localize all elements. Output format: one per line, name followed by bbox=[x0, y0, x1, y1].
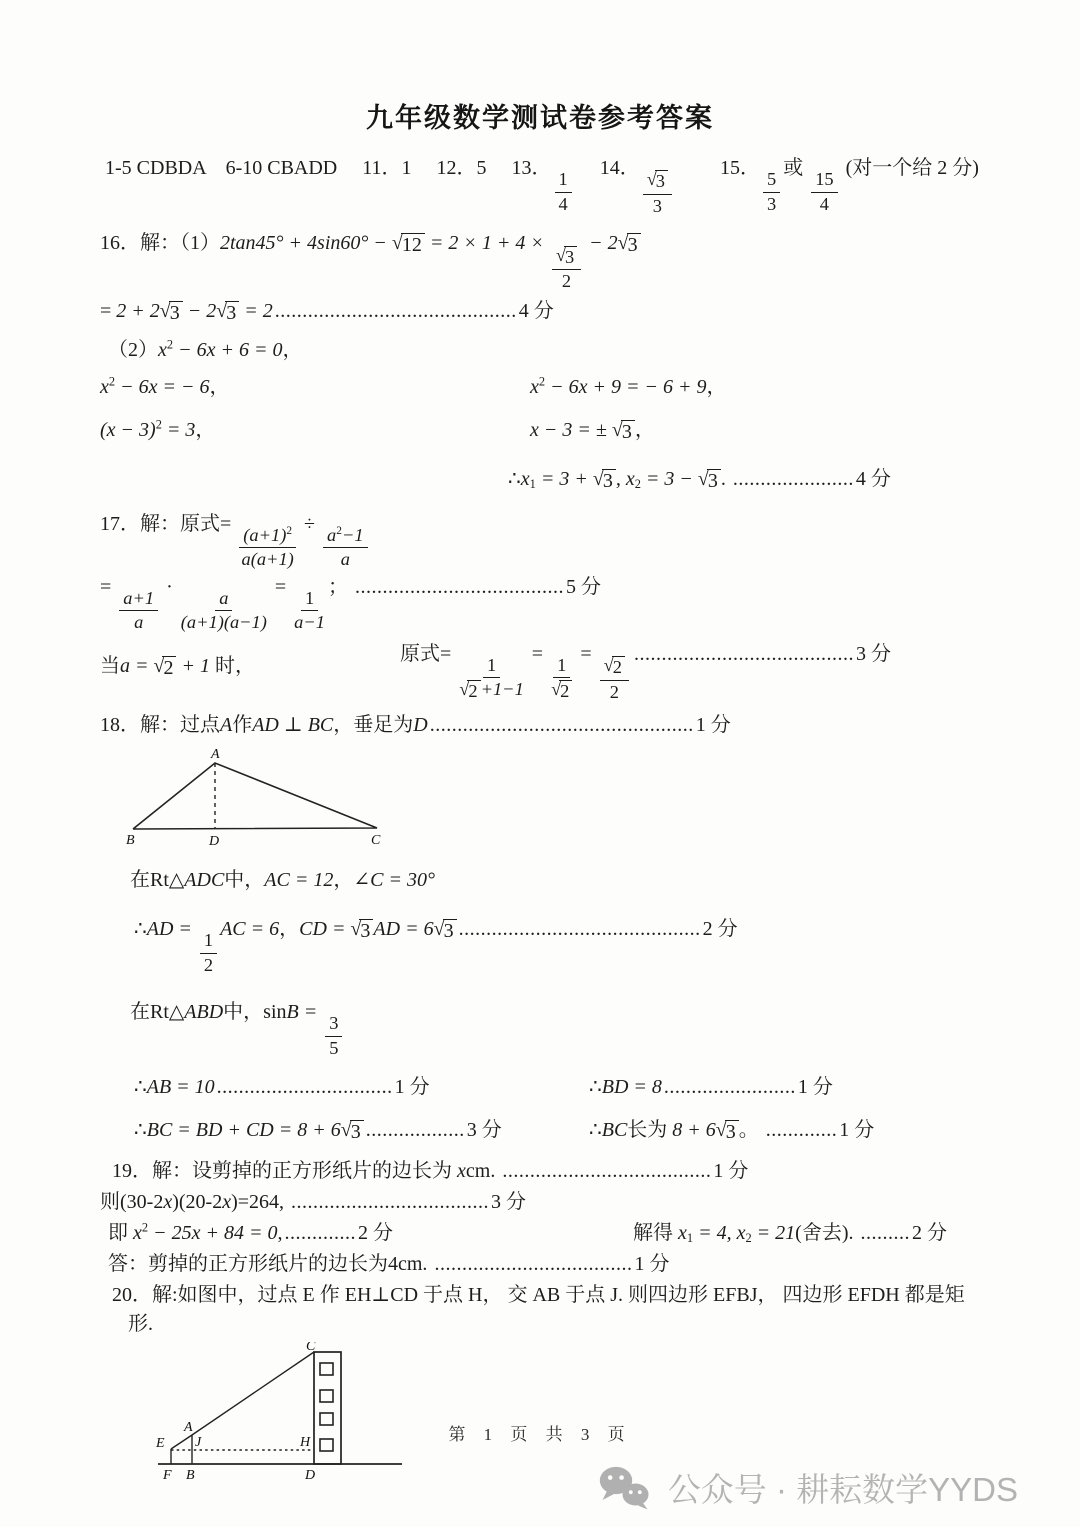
q20-step-1-wrap: 形. bbox=[128, 1311, 1010, 1338]
label-d: D bbox=[208, 834, 219, 847]
q16-step-4a: x2 − 6x = − 6， bbox=[100, 374, 530, 401]
label-c: C bbox=[306, 1342, 316, 1354]
q17-row-substitute: 当a = √2 + 1 时， 原式= 1√2+1−1 = 1√2 = √22..… bbox=[100, 641, 1010, 702]
choice-answers-row: 1-5 CDBDA 6-10 CBADD 11．1 12．5 13．14 14．… bbox=[105, 155, 1010, 216]
q17-step-1: 17．解：原式= (a+1)2a(a+1) ÷ a2−1a bbox=[100, 511, 1010, 570]
label-c: C bbox=[371, 833, 381, 847]
page-number: 第 1 页 共 3 页 bbox=[0, 1420, 1080, 1445]
q16-step-5b: x − 3 = ± √3， bbox=[530, 417, 655, 444]
q16-row-complete-square: x2 − 6x = − 6， x2 − 6x + 9 = − 6 + 9， bbox=[100, 374, 1010, 401]
q18-row-bc: ∴BC = BD + CD = 8 + 6√3.................… bbox=[134, 1117, 1010, 1144]
q19-answer: 答：剪掉的正方形纸片的边长为4cm. .....................… bbox=[108, 1251, 1010, 1278]
document-page: 九年级数学测试卷参考答案 1-5 CDBDA 6-10 CBADD 11．1 1… bbox=[0, 0, 1080, 1527]
q18-step-5a: ∴AB = 10................................… bbox=[134, 1074, 589, 1101]
q19-step-1: 19．解：设剪掉的正方形纸片的边长为 xcm. ................… bbox=[112, 1158, 1010, 1185]
q18-step-4: 在Rt△ABD中，sinB = 35 bbox=[130, 999, 1010, 1058]
watermark-label: 公众号 · 耕耘数学YYDS bbox=[668, 1464, 1018, 1511]
tower-window-2 bbox=[320, 1390, 333, 1402]
q16-step-3: （2）x2 − 6x + 6 = 0， bbox=[108, 337, 1010, 364]
q18-step-1: 18．解：过点A作AD ⊥ BC，垂足为D...................… bbox=[100, 712, 1010, 739]
answer-sheet-content: 1-5 CDBDA 6-10 CBADD 11．1 12．5 13．14 14．… bbox=[0, 155, 1080, 1487]
label-a: A bbox=[210, 747, 220, 762]
label-d: D bbox=[304, 1468, 315, 1483]
tower-window-1 bbox=[320, 1363, 333, 1375]
triangle-outline bbox=[133, 763, 377, 829]
q18-step-3: ∴AD = 12AC = 6，CD = √3AD = 6√3..........… bbox=[134, 916, 1010, 975]
q17-step-3b: 原式= 1√2+1−1 = 1√2 = √22.................… bbox=[400, 641, 891, 702]
q18-step-6a: ∴BC = BD + CD = 8 + 6√3.................… bbox=[134, 1117, 589, 1144]
q20-step-1: 20．解:如图中，过点 E 作 EH⊥CD 于点 H， 交 AB 于点 J. 则… bbox=[112, 1282, 1010, 1309]
q16-row-square-root: (x − 3)2 = 3， x − 3 = ± √3， bbox=[100, 417, 1010, 444]
q19-step-2: 则(30-2x)(20-2x)=264, ...................… bbox=[100, 1189, 1010, 1216]
q17-step-2: = a+1a · a(a+1)(a−1) = 1a−1； ...........… bbox=[100, 574, 1010, 633]
q17-step-3a: 当a = √2 + 1 时， bbox=[100, 641, 400, 680]
q19-row-solve: 即 x2 − 25x + 84 = 0,.............2 分 解得 … bbox=[108, 1220, 1010, 1247]
q16-step-4b: x2 − 6x + 9 = − 6 + 9， bbox=[530, 374, 726, 401]
triangle-figure-q18: A B D C bbox=[115, 747, 385, 847]
q18-row-ab-bd: ∴AB = 10................................… bbox=[134, 1074, 1010, 1101]
q18-step-5b: ∴BD = 8........................1 分 bbox=[589, 1074, 833, 1101]
tower-outline bbox=[314, 1352, 341, 1464]
q19-step-3b: 解得 x1 = 4, x2 = 21(舍去). .........2 分 bbox=[633, 1220, 947, 1247]
q16-step-1: 16．解：（1）2tan45° + 4sin60° − √12 = 2 × 1 … bbox=[100, 230, 1010, 291]
label-b: B bbox=[126, 833, 135, 847]
q18-step-6b: ∴BC长为 8 + 6√3。 .............1 分 bbox=[589, 1117, 874, 1144]
q18-step-2: 在Rt△ADC中，AC = 12，∠C = 30° bbox=[130, 867, 1010, 894]
watermark: 公众号 · 耕耘数学YYDS bbox=[598, 1464, 1018, 1511]
q16-solution: ∴x1 = 3 + √3, x2 = 3 − √3. .............… bbox=[508, 466, 1010, 493]
label-b: B bbox=[186, 1468, 195, 1483]
q19-step-3a: 即 x2 − 25x + 84 = 0,.............2 分 bbox=[108, 1220, 633, 1247]
label-f: F bbox=[162, 1468, 172, 1483]
q16-step-2: = 2 + 2√3 − 2√3 = 2.....................… bbox=[100, 298, 1010, 325]
q16-step-5a: (x − 3)2 = 3， bbox=[100, 417, 530, 444]
building-figure-q20: C E A J H F B D bbox=[152, 1342, 412, 1487]
wechat-icon bbox=[598, 1465, 652, 1511]
page-title: 九年级数学测试卷参考答案 bbox=[0, 96, 1080, 135]
